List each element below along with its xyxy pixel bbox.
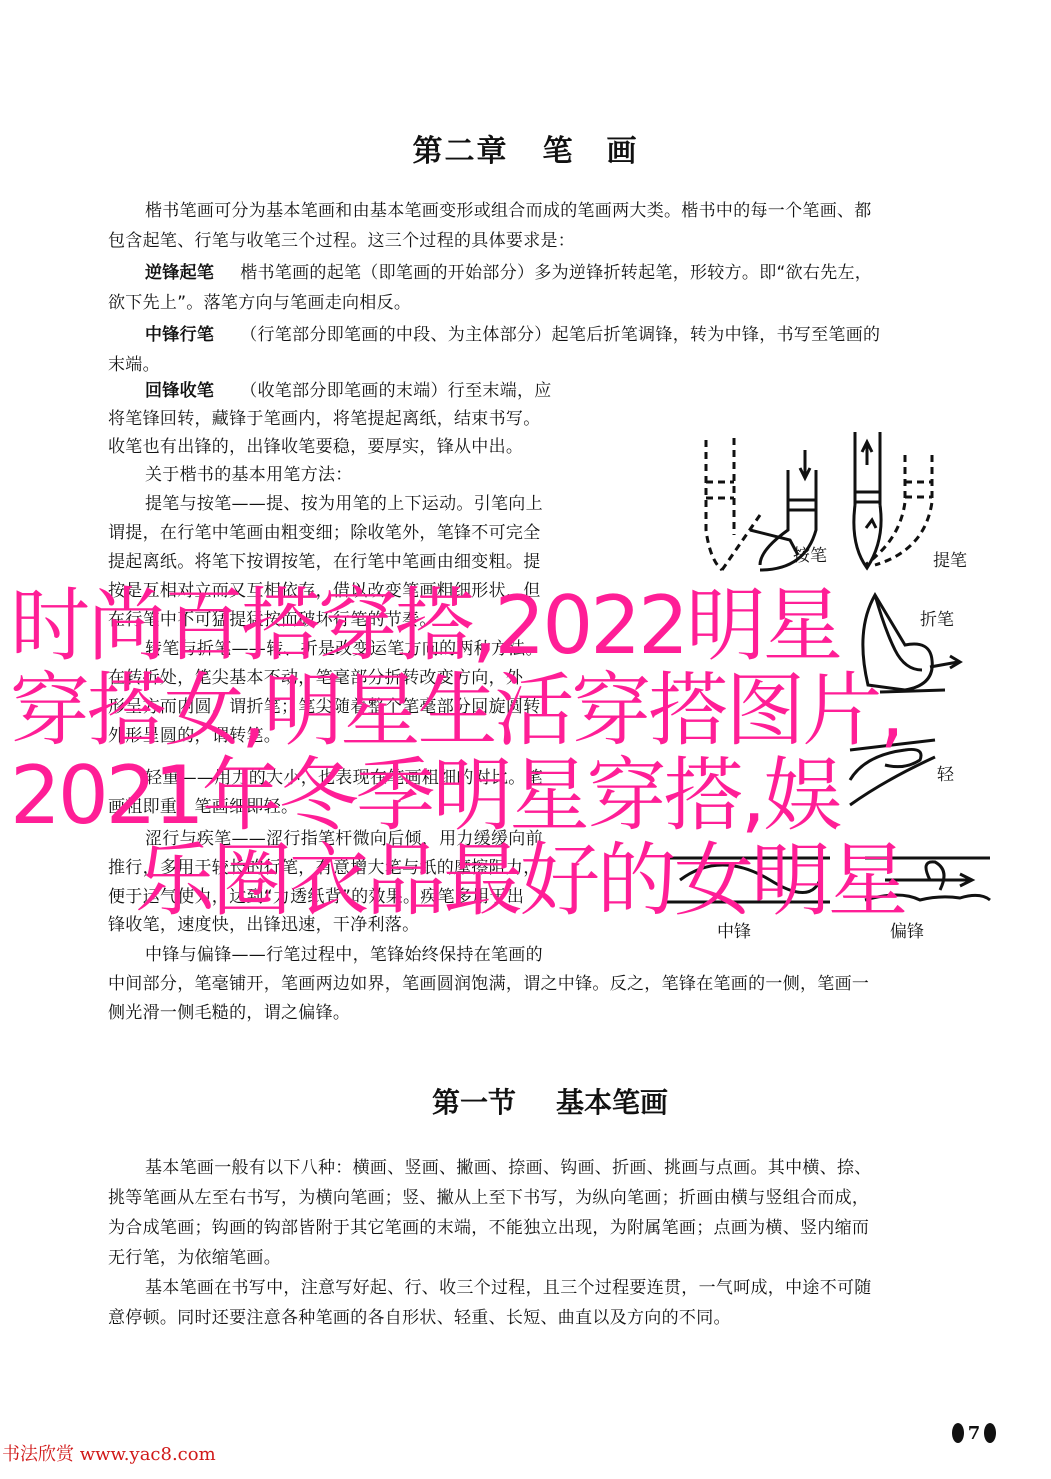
page-number-right-ornament [984,1423,996,1443]
term-nifeng-qibi: 逆锋起笔 [145,263,214,283]
paragraph-line: 中间部分，笔毫铺开，笔画两边如界，笔画圆润饱满，谓之中锋。反之，笔锋在笔画的一侧… [108,973,869,995]
overlay-title-line-1: 时尚百搭穿搭,2022明星 [10,583,840,669]
paragraph-line: 包含起笔、行笔与收笔三个过程。这三个过程的具体要求是： [108,230,575,252]
paragraph-line: 中锋行笔（行笔部分即笔画的中段、为主体部分）起笔后折笔调锋，转为中锋，书写至笔画… [145,324,880,346]
term-huifeng-shoubi: 回锋收笔 [145,381,214,401]
figure-label-qing: 轻 [937,760,954,785]
paragraph-line: 中锋与偏锋——行笔过程中，笔锋始终保持在笔画的 [145,944,543,966]
overlay-title-line-3: 2021年冬季明星穿搭,娱 [10,753,840,839]
site-watermark: 书法欣赏 www.yac8.com [2,1440,216,1466]
paragraph-line: 挑等笔画从左至右书写，为横向笔画；竖、撇从上至下书写，为纵向笔画；折画由横与竖组… [108,1187,869,1209]
paragraph-line: 无行笔，为依缩笔画。 [108,1247,281,1269]
paragraph-line: 为合成笔画；钩画的钩部皆附于其它笔画的末端，不能独立出现，为附属笔画；点画为横、… [108,1217,869,1239]
page-number-value: 7 [968,1423,981,1444]
figure-label-zhebi: 折笔 [920,605,954,630]
chapter-title: 第二章笔 画 [0,126,1051,170]
figure-label-anbi: 按笔 [793,541,827,566]
paragraph-line: 楷书笔画可分为基本笔画和由基本笔画变形或组合而成的笔画两大类。楷书中的每一个笔画… [145,200,872,222]
paragraph-line: 关于楷书的基本用笔方法： [145,464,353,486]
term-zhongfeng-xingbi: 中锋行笔 [145,325,214,345]
paragraph-text: （收笔部分即笔画的末端）行至末端，应 [240,381,551,401]
paragraph-line: 收笔也有出锋的，出锋收笔要稳，要厚实，锋从中出。 [108,436,523,458]
paragraph-line: 侧光滑一侧毛糙的，谓之偏锋。 [108,1002,350,1024]
paragraph-text: 楷书笔画的起笔（即笔画的开始部分）多为逆锋折转起笔，形较方。即“欲右先左， [240,263,872,283]
paragraph-line: 意停顿。同时还要注意各种笔画的各自形状、轻重、长短、曲直以及方向的不同。 [108,1307,731,1329]
page-number: 7 [944,1421,1004,1445]
section-title: 第一节基本笔画 [0,1081,1051,1121]
section-number: 第一节 [432,1086,516,1119]
overlay-title-line-2: 穿搭女,明星生活穿搭图片, [10,668,902,754]
paragraph-line: 提笔与按笔——提、按为用笔的上下运动。引笔向上 [145,493,543,515]
figure-label-tibi: 提笔 [933,546,967,571]
overlay-title-line-4: 乐圈衣品最好的女明星 [135,838,905,924]
paragraph-line: 末端。 [108,354,160,376]
paragraph-line: 将笔锋回转，藏锋于笔画内，将笔提起离纸，结束书写。 [108,408,541,430]
paragraph-line: 欲下先上”。落笔方向与笔画走向相反。 [108,292,411,314]
chapter-number: 第二章 [413,134,509,169]
paragraph-text: （行笔部分即笔画的中段、为主体部分）起笔后折笔调锋，转为中锋，书写至笔画的 [240,325,880,345]
paragraph-line: 回锋收笔（收笔部分即笔画的末端）行至末端，应 [145,380,552,402]
paragraph-line: 基本笔画在书写中，注意写好起、行、收三个过程，且三个过程要连贯，一气呵成，中途不… [145,1277,872,1299]
paragraph-line: 逆锋起笔楷书笔画的起笔（即笔画的开始部分）多为逆锋折转起笔，形较方。即“欲右先左… [145,262,872,284]
book-page: 第二章笔 画 楷书笔画可分为基本笔画和由基本笔画变形或组合而成的笔画两大类。楷书… [0,0,1051,1479]
chapter-name: 笔 画 [543,134,639,169]
section-name: 基本笔画 [556,1086,668,1119]
paragraph-line: 谓提，在行笔中笔画由粗变细；除收笔外，笔锋不可完全 [108,522,541,544]
paragraph-line: 提起离纸。将笔下按谓按笔，在行笔中笔画由细变粗。提 [108,551,541,573]
paragraph-line: 基本笔画一般有以下八种：横画、竖画、撇画、捺画、钩画、折画、挑画与点画。其中横、… [145,1157,872,1179]
page-number-left-ornament [952,1423,964,1443]
